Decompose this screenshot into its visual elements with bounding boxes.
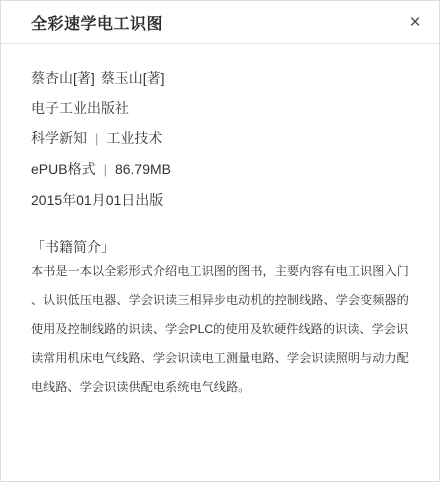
publisher-line: 电子工业出版社 [31,98,409,118]
category-label: 科学新知 [31,130,87,146]
category-line: 科学新知|工业技术 [31,128,409,149]
format-label: ePUB格式 [31,161,96,177]
author-name: 蔡玉山[著] [101,70,165,86]
file-size: 86.79MB [115,161,171,177]
close-icon[interactable]: × [404,11,426,33]
modal-header: 全彩速学电工识图 × [1,1,439,44]
publisher-name: 电子工业出版社 [31,100,129,116]
format-line: ePUB格式|86.79MB [31,159,409,180]
page-title: 全彩速学电工识图 [31,11,163,34]
modal-body: 蔡杏山[著]蔡玉山[著] 电子工业出版社 科学新知|工业技术 ePUB格式|86… [1,44,439,402]
book-description: 本书是一本以全彩形式介绍电工识图的图书，主要内容有电工识图入门、认识低压电器、学… [31,257,409,402]
author-name: 蔡杏山[著] [31,70,95,86]
category-label: 工业技术 [106,130,162,146]
separator-bar: | [104,162,107,177]
publish-date: 2015年01月01日出版 [31,192,163,208]
authors-line: 蔡杏山[著]蔡玉山[著] [31,68,409,88]
separator-bar: | [95,131,98,146]
intro-heading: 「书籍简介」 [31,237,409,257]
publish-date-line: 2015年01月01日出版 [31,190,409,210]
book-info-modal: 全彩速学电工识图 × 蔡杏山[著]蔡玉山[著] 电子工业出版社 科学新知|工业技… [0,0,440,482]
